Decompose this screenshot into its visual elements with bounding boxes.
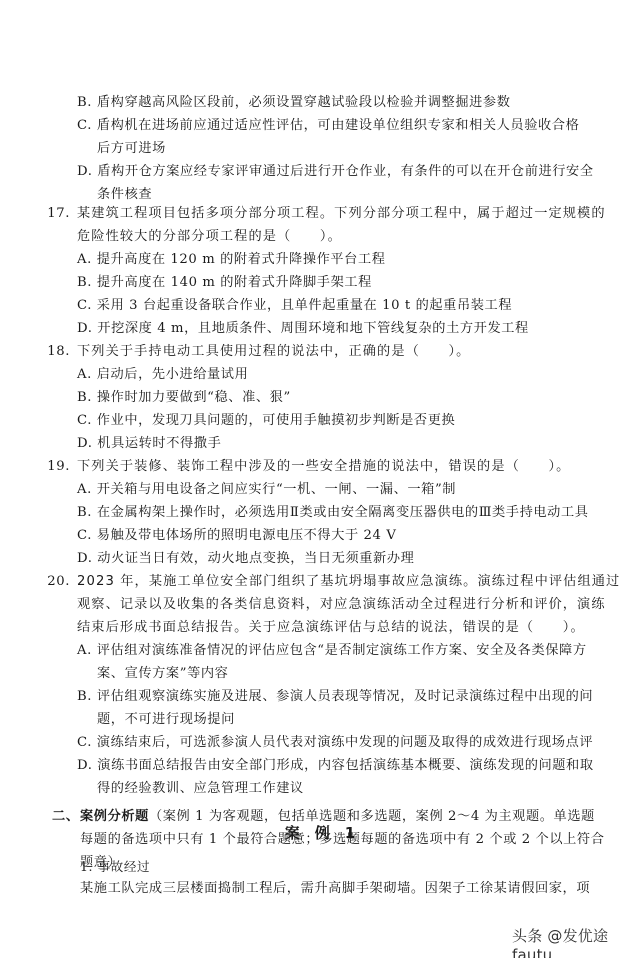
q20-number: 20. <box>40 573 70 591</box>
q18-option-d: D. 机具运转时不得撒手 <box>77 435 221 453</box>
q20-stem-line2: 观察、记录以及收集的各类信息资料，对应急演练活动全过程进行分析和评价，演练 <box>77 596 606 614</box>
q20-option-d-line1: D. 演练书面总结报告由安全部门形成，内容包括演练基本概要、演练发现的问题和取 <box>77 757 594 775</box>
q19-option-b: B. 在金属构架上操作时，必须选用Ⅱ类或由安全隔离变压器供电的Ⅲ类手持电动工具 <box>77 504 589 522</box>
q19-option-c: C. 易触及带电体场所的照明电源电压不得大于 24 V <box>77 527 396 545</box>
q16-option-d-line2: 条件核查 <box>97 186 152 204</box>
q20-option-b-line2: 题，不可进行现场提问 <box>97 711 235 729</box>
q17-stem-line1: 某建筑工程项目包括多项分部分项工程。下列分部分项工程中，属于超过一定规模的 <box>77 205 606 223</box>
q19-option-a: A. 开关箱与用电设备之间应实行“一机、一闸、一漏、一箱”制 <box>77 481 456 499</box>
case-1-paragraph-line1: 某施工队完成三层楼面捣制工程后，需升高脚手架砌墙。因架子工徐某请假回家，项 <box>80 880 590 898</box>
q18-stem: 下列关于手持电动工具使用过程的说法中，正确的是（ ）。 <box>77 343 470 361</box>
q16-option-c-line2: 后方可进场 <box>97 140 166 158</box>
q20-option-b-line1: B. 评估组观察演练实施及进展、参演人员表现等情况，及时记录演练过程中出现的问 <box>77 688 593 706</box>
q20-option-a-line2: 案、宣传方案”等内容 <box>97 665 228 683</box>
q18-number: 18. <box>40 343 70 361</box>
q20-option-c: C. 演练结束后，可选派参演人员代表对演练中发现的问题及取得的成效进行现场点评 <box>77 734 593 752</box>
q20-option-a-line1: A. 评估组对演练准备情况的评估应包含“是否制定演练工作方案、安全及各类保障方 <box>77 642 587 660</box>
q16-option-d-line1: D. 盾构开仓方案应经专家评审通过后进行开仓作业，有条件的可以在开仓前进行安全 <box>77 163 594 181</box>
q19-option-d: D. 动火证当日有效，动火地点变换，当日无须重新办理 <box>77 550 414 568</box>
q17-option-a: A. 提升高度在 120 m 的附着式升降操作平台工程 <box>77 251 386 269</box>
q20-stem-line3: 结束后形成书面总结报告。关于应急演练评估与总结的说法，错误的是（ ）。 <box>77 619 585 637</box>
q18-option-b: B. 操作时加力要做到“稳、准、狠” <box>77 389 291 407</box>
q20-stem-line1: 2023 年，某施工单位安全部门组织了基坑坍塌事故应急演练。演练过程中评估组通过 <box>77 573 620 591</box>
q17-stem-line2: 危险性较大的分部分项工程的是（ ）。 <box>77 228 342 246</box>
q17-option-d: D. 开挖深度 4 m，且地质条件、周围环境和地下管线复杂的土方开发工程 <box>77 320 529 338</box>
watermark: 头条 @发优途fautu <box>512 925 640 958</box>
case-1-subheading: 1. 事故经过 <box>80 858 150 876</box>
q18-option-c: C. 作业中，发现刀具问题的，可使用手触摸初步判断是否更换 <box>77 412 455 430</box>
case-1-title: 案 例 1 <box>0 822 640 843</box>
q18-option-a: A. 启动后，先小进给量试用 <box>77 366 248 384</box>
q16-option-b: B. 盾构穿越高风险区段前，必须设置穿越试验段以检验并调整掘进参数 <box>77 94 511 112</box>
q19-stem: 下列关于装修、装饰工程中涉及的一些安全措施的说法中，错误的是（ ）。 <box>77 458 570 476</box>
q16-option-c-line1: C. 盾构机在进场前应通过适应性评估，可由建设单位组织专家和相关人员验收合格 <box>77 117 579 135</box>
exam-page: B. 盾构穿越高风险区段前，必须设置穿越试验段以检验并调整掘进参数 C. 盾构机… <box>0 0 640 958</box>
q17-number: 17. <box>40 205 70 223</box>
q19-number: 19. <box>40 458 70 476</box>
q17-option-c: C. 采用 3 台起重设备联合作业，且单件起重量在 10 t 的起重吊装工程 <box>77 297 512 315</box>
q17-option-b: B. 提升高度在 140 m 的附着式升降脚手架工程 <box>77 274 372 292</box>
q20-option-d-line2: 得的经验教训、应急管理工作建议 <box>97 780 304 798</box>
